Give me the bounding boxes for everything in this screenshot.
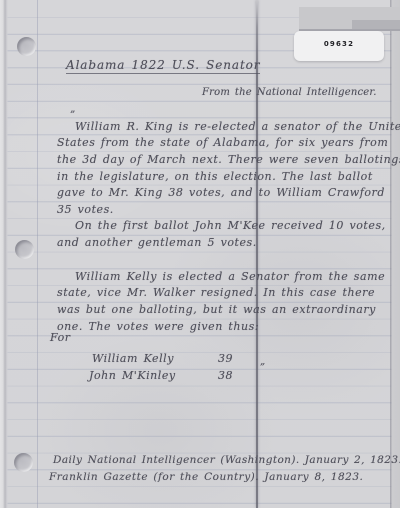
page-title: Alabama 1822 U.S. Senator (66, 58, 260, 72)
text-line: William Kelly is elected a Senator from … (57, 269, 385, 286)
candidate-name: William Kelly (92, 351, 174, 368)
text-line: 35 votes. (57, 202, 400, 219)
paragraph-king-reelection: William R. King is re-elected a senator … (57, 119, 400, 219)
punch-hole-top (17, 37, 36, 56)
paper-left-edge (0, 0, 8, 508)
text-line: was but one balloting, but it was an ext… (57, 302, 385, 319)
text-line: state, vice Mr. Walker resigned. In this… (57, 285, 385, 302)
punch-hole-middle (15, 240, 34, 259)
catalog-number: 09632 (324, 40, 354, 48)
paper-right-edge (390, 0, 400, 508)
candidate-name: John M'Kinley (89, 368, 176, 385)
vote-count: 39 (218, 351, 233, 368)
scan-band-shadow (352, 20, 400, 29)
center-fold-crease (256, 0, 258, 508)
text-line: gave to Mr. King 38 votes, and to Willia… (57, 185, 400, 202)
text-line: and another gentleman 5 votes. (57, 235, 386, 252)
text-line: in the legislature, on this election. Th… (57, 169, 400, 186)
paragraph-kelly-election: William Kelly is elected a Senator from … (57, 269, 385, 336)
vote-count: 38 (218, 368, 233, 385)
citation-daily-national-intelligencer: Daily National Intelligencer (Washington… (53, 452, 400, 469)
punch-hole-bottom (14, 453, 33, 472)
text-line: On the first ballot John M'Kee received … (57, 218, 386, 235)
text-line: William R. King is re-elected a senator … (57, 119, 400, 136)
ruled-lines (0, 0, 400, 508)
citation-franklin-gazette: Franklin Gazette (for the Country). Janu… (49, 469, 363, 486)
for-label: For (50, 331, 71, 345)
text-line: one. The votes were given thus: (57, 319, 385, 336)
text-line: States from the state of Alabama, for si… (57, 135, 400, 152)
margin-line (37, 0, 38, 508)
scanned-document-page: 09632 Alabama 1822 U.S. Senator From the… (0, 0, 400, 508)
text-line: the 3d day of March next. There were sev… (57, 152, 400, 169)
catalog-sticker: 09632 (294, 31, 384, 61)
paragraph-first-ballot: On the first ballot John M'Kee received … (57, 218, 386, 251)
ditto-mark: „ (260, 354, 266, 371)
source-attribution: From the National Intelligencer. (202, 86, 377, 99)
